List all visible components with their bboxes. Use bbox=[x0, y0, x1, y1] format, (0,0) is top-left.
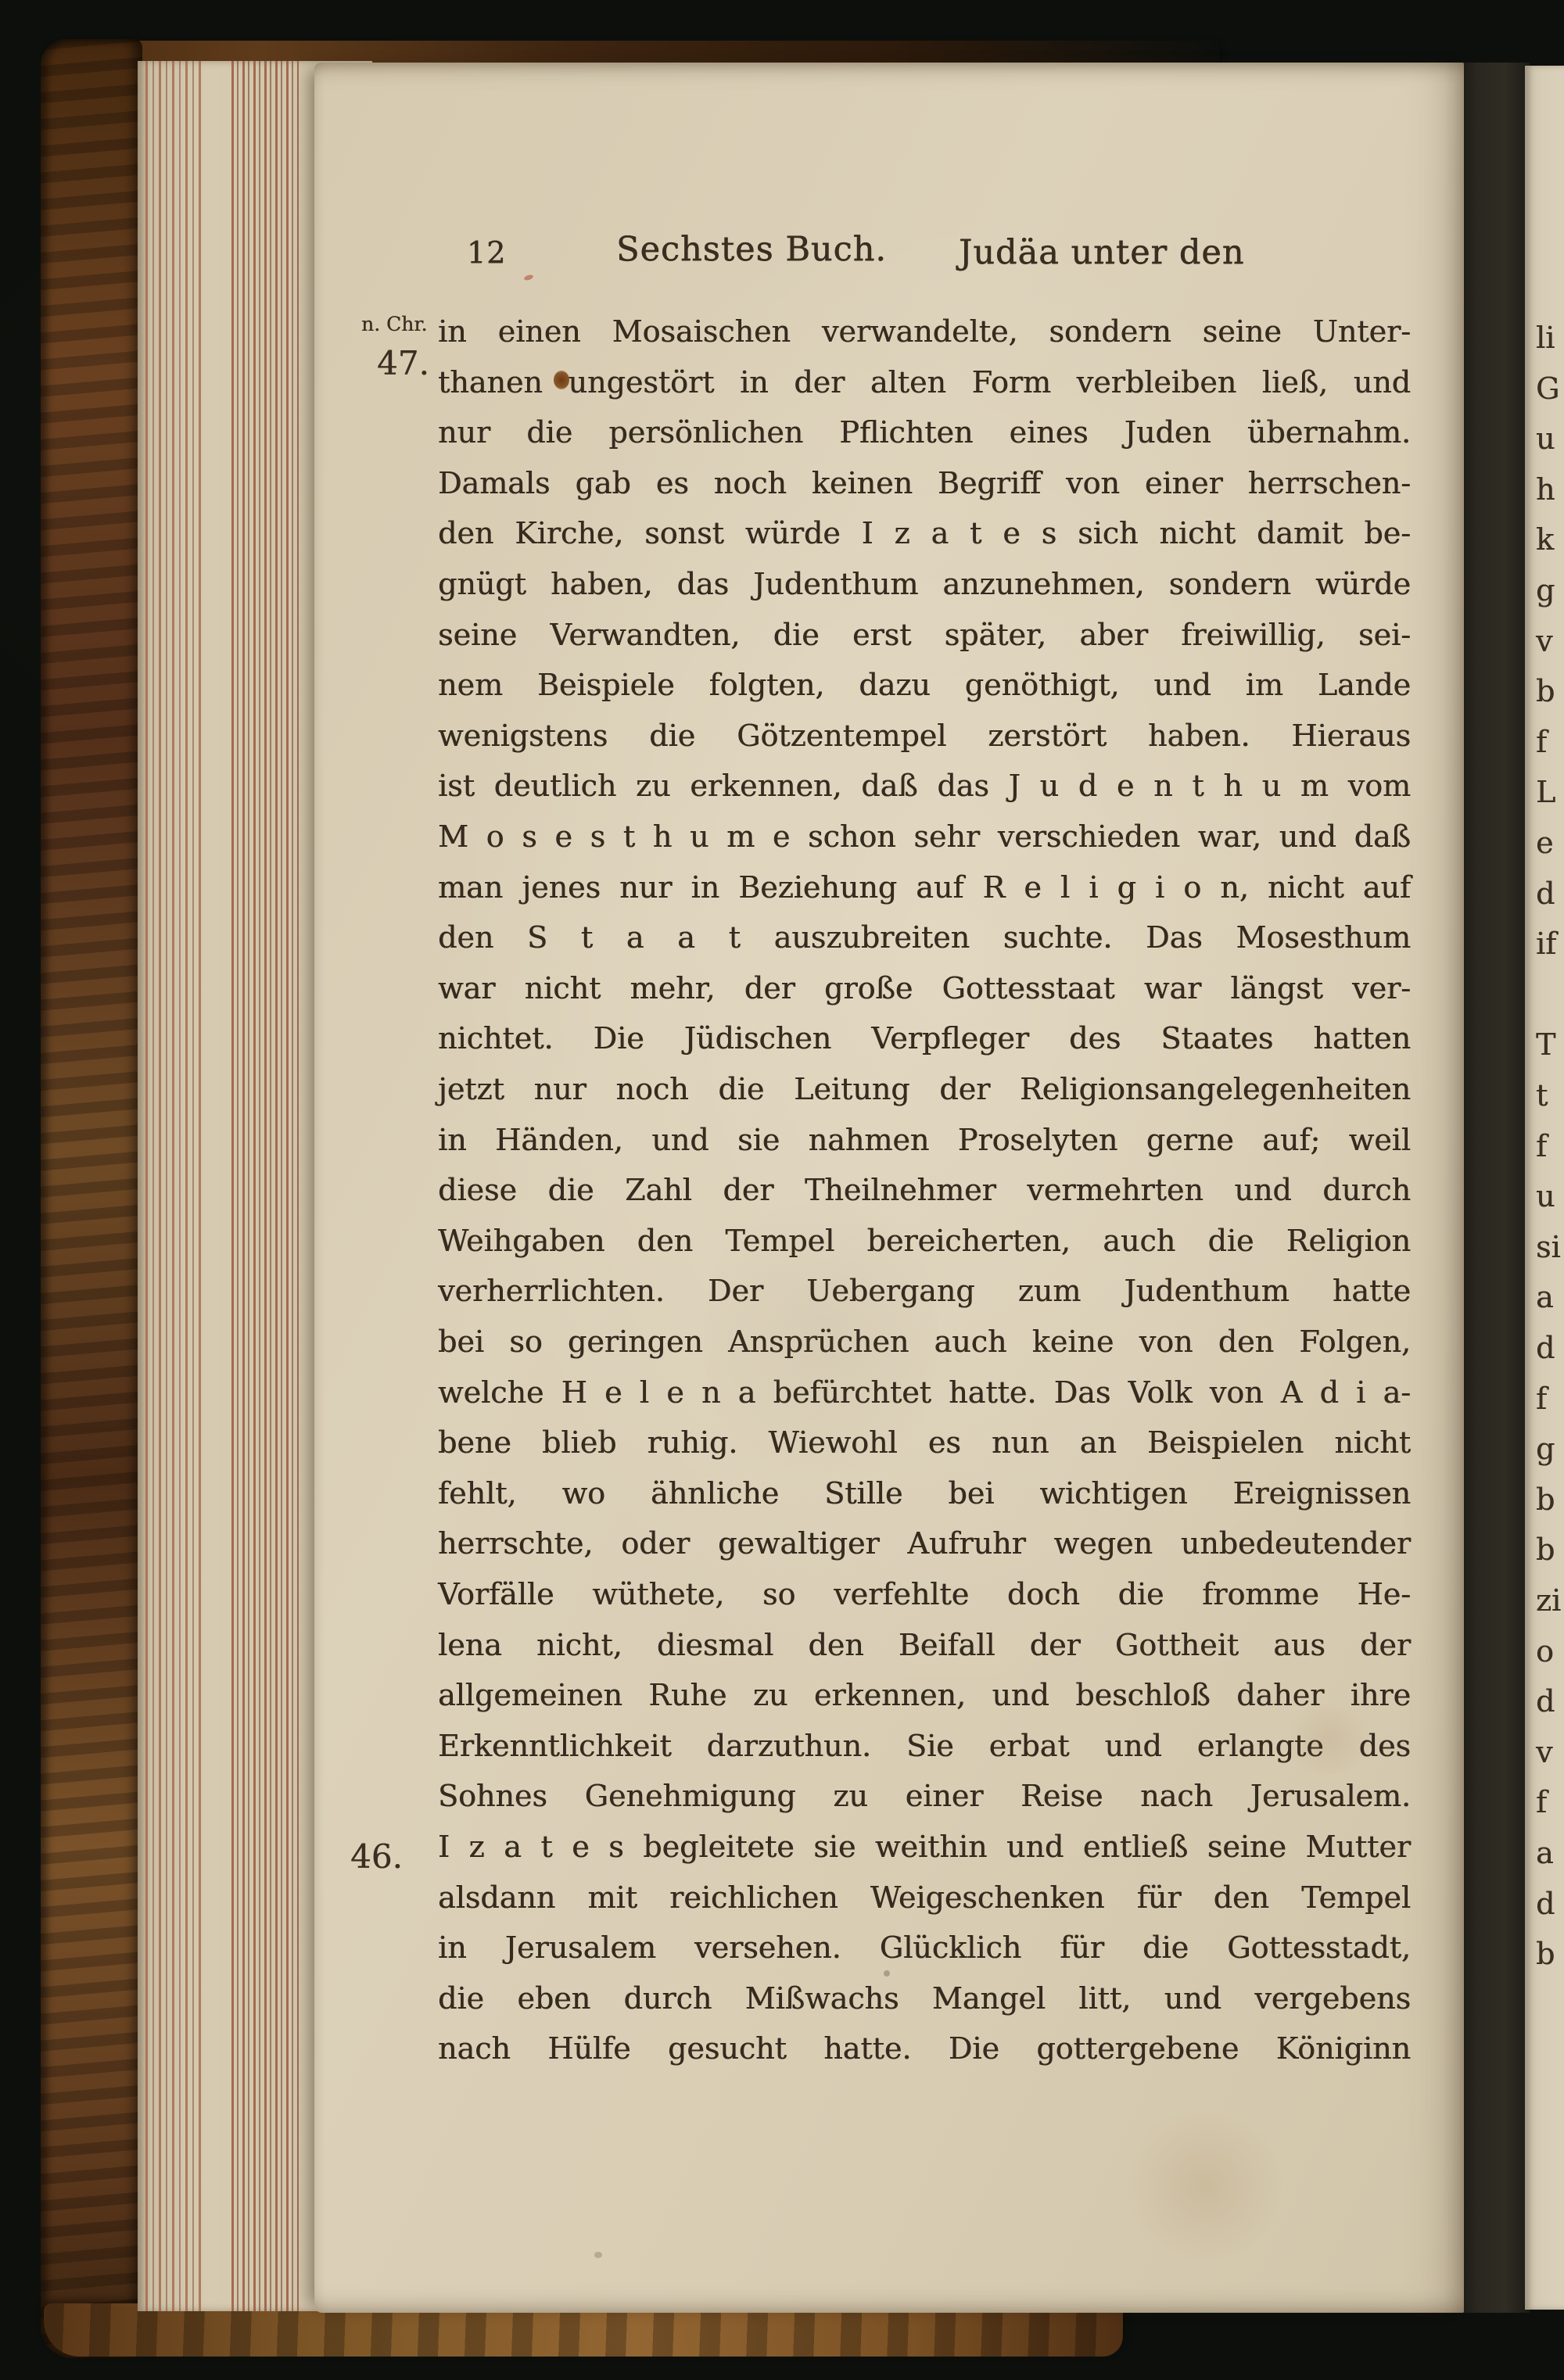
body-text-line: in Händen, und sie nahmen Proselyten ger… bbox=[438, 1120, 1411, 1160]
margin-year-47: 47. bbox=[377, 344, 429, 382]
facing-page-text-fragment: G bbox=[1536, 368, 1559, 409]
body-text-line: die eben durch Mißwachs Mangel litt, und… bbox=[438, 1978, 1411, 2019]
facing-page-text-fragment: b bbox=[1536, 1479, 1555, 1520]
facing-page-text-fragment: L bbox=[1536, 772, 1555, 812]
running-title-right: Judäa unter den bbox=[959, 233, 1244, 272]
book-scan: 12 Sechstes Buch. Judäa unter den n. Chr… bbox=[0, 0, 1564, 2380]
facing-page-text-fragment: d bbox=[1536, 1328, 1555, 1368]
body-text-line: nach Hülfe gesucht hatte. Die gottergebe… bbox=[438, 2028, 1411, 2069]
body-text-line: diese die Zahl der Theilnehmer vermehrte… bbox=[438, 1170, 1411, 1210]
facing-page-text-fragment: k bbox=[1536, 519, 1554, 560]
facing-page-text-fragment: f bbox=[1536, 1378, 1547, 1419]
body-text-line: ist deutlich zu erkennen, daß das J u d … bbox=[438, 765, 1411, 806]
body-text-line: nur die persönlichen Pflichten eines Jud… bbox=[438, 412, 1411, 453]
page-number: 12 bbox=[467, 235, 506, 270]
body-text-line: herrschte, oder gewaltiger Aufruhr wegen… bbox=[438, 1523, 1411, 1564]
body-text-line: man jenes nur in Beziehung auf R e l i g… bbox=[438, 867, 1411, 908]
margin-year-46: 46. bbox=[350, 1837, 403, 1876]
body-text-line: Erkenntlichkeit darzuthun. Sie erbat und… bbox=[438, 1726, 1411, 1766]
facing-page-text-fragment: f bbox=[1536, 1126, 1547, 1167]
facing-page-text-fragment: d bbox=[1536, 873, 1555, 914]
paper-stain bbox=[704, 1173, 938, 1501]
body-text-line: lena nicht, diesmal den Beifall der Gott… bbox=[438, 1625, 1411, 1665]
body-text-line: nem Beispiele folgten, dazu genöthigt, u… bbox=[438, 665, 1411, 705]
body-text-line: in einen Mosaischen verwandelte, sondern… bbox=[438, 311, 1411, 352]
running-title-left: Sechstes Buch. bbox=[616, 230, 887, 269]
body-text-line: gnügt haben, das Judenthum anzunehmen, s… bbox=[438, 564, 1411, 604]
body-text-line: fehlt, wo ähnliche Stille bei wichtigen … bbox=[438, 1473, 1411, 1514]
facing-page-text-fragment: si bbox=[1536, 1227, 1561, 1267]
body-text-line: thanen ungestört in der alten Form verbl… bbox=[438, 362, 1411, 403]
facing-page-text-fragment: g bbox=[1536, 570, 1555, 611]
fore-edge-marbling-stripes bbox=[231, 61, 299, 2311]
facing-page-text-fragment: f bbox=[1536, 722, 1547, 762]
ink-speck bbox=[884, 1970, 890, 1977]
body-text-line: nichtet. Die Jüdischen Verpfleger des St… bbox=[438, 1018, 1411, 1059]
facing-page-text-fragment: b bbox=[1536, 1529, 1555, 1570]
facing-page-text-fragment: T bbox=[1536, 1024, 1555, 1065]
body-text-line: Sohnes Genehmigung zu einer Reise nach J… bbox=[438, 1776, 1411, 1816]
body-text-line: in Jerusalem versehen. Glücklich für die… bbox=[438, 1927, 1411, 1968]
body-text-line: I z a t e s begleitete sie weithin und e… bbox=[438, 1826, 1411, 1867]
facing-page-text-fragment: d bbox=[1536, 1681, 1555, 1722]
ink-speck bbox=[594, 2252, 602, 2258]
facing-page-text-fragment: e bbox=[1536, 823, 1554, 863]
body-text-line: Vorfälle wüthete, so verfehlte doch die … bbox=[438, 1574, 1411, 1615]
facing-page-text-fragment: a bbox=[1536, 1833, 1554, 1873]
facing-page-text-fragment: b bbox=[1536, 1934, 1555, 1974]
facing-page-text-fragment: f bbox=[1536, 1782, 1547, 1823]
body-text-line: den Kirche, sonst würde I z a t e s sich… bbox=[438, 513, 1411, 554]
facing-page-text-fragment: g bbox=[1536, 1428, 1555, 1469]
body-text-line: war nicht mehr, der große Gottesstaat wa… bbox=[438, 968, 1411, 1009]
facing-page-text-fragment: d bbox=[1536, 1884, 1555, 1924]
facing-page-text-fragment: v bbox=[1536, 621, 1552, 661]
body-text-line: den S t a a t auszubreiten suchte. Das M… bbox=[438, 917, 1411, 958]
facing-page-text-fragment: b bbox=[1536, 671, 1555, 711]
gutter-shadow bbox=[1444, 63, 1530, 2313]
facing-page-text-fragment: u bbox=[1536, 418, 1555, 459]
ink-speck bbox=[554, 371, 569, 389]
facing-page-text-fragment: v bbox=[1536, 1732, 1552, 1772]
body-text-line: alsdann mit reichlichen Weigeschenken fü… bbox=[438, 1877, 1411, 1918]
body-text-line: bene blieb ruhig. Wiewohl es nun an Beis… bbox=[438, 1422, 1411, 1463]
facing-page-text-fragment: t bbox=[1536, 1075, 1548, 1116]
body-text-line: M o s e s t h u m e schon sehr verschied… bbox=[438, 816, 1411, 857]
facing-page-text-fragment: a bbox=[1536, 1277, 1554, 1317]
facing-page-text-fragment: zi bbox=[1536, 1580, 1561, 1621]
paper-stain bbox=[1118, 2111, 1290, 2260]
facing-page-text-fragment: o bbox=[1536, 1631, 1554, 1672]
facing-page-text-fragment: if bbox=[1536, 923, 1556, 964]
paper-stain bbox=[1282, 1704, 1376, 1775]
facing-page-text-fragment: li bbox=[1536, 317, 1555, 358]
body-text-line: Damals gab es noch keinen Begriff von ei… bbox=[438, 463, 1411, 504]
body-text-line: jetzt nur noch die Leitung der Religions… bbox=[438, 1069, 1411, 1109]
body-text-line: seine Verwandten, die erst später, aber … bbox=[438, 615, 1411, 655]
fore-edge-marbling-stripes bbox=[145, 61, 203, 2311]
body-text-line: Weihgaben den Tempel bereicherten, auch … bbox=[438, 1220, 1411, 1261]
facing-page-text-fragment: u bbox=[1536, 1176, 1555, 1217]
body-text-line: wenigstens die Götzentempel zerstört hab… bbox=[438, 715, 1411, 756]
body-text-line: allgemeinen Ruhe zu erkennen, und beschl… bbox=[438, 1675, 1411, 1715]
leather-spine bbox=[41, 39, 142, 2358]
margin-era-label: n. Chr. bbox=[361, 313, 427, 335]
facing-page-text-fragment: h bbox=[1536, 469, 1555, 510]
